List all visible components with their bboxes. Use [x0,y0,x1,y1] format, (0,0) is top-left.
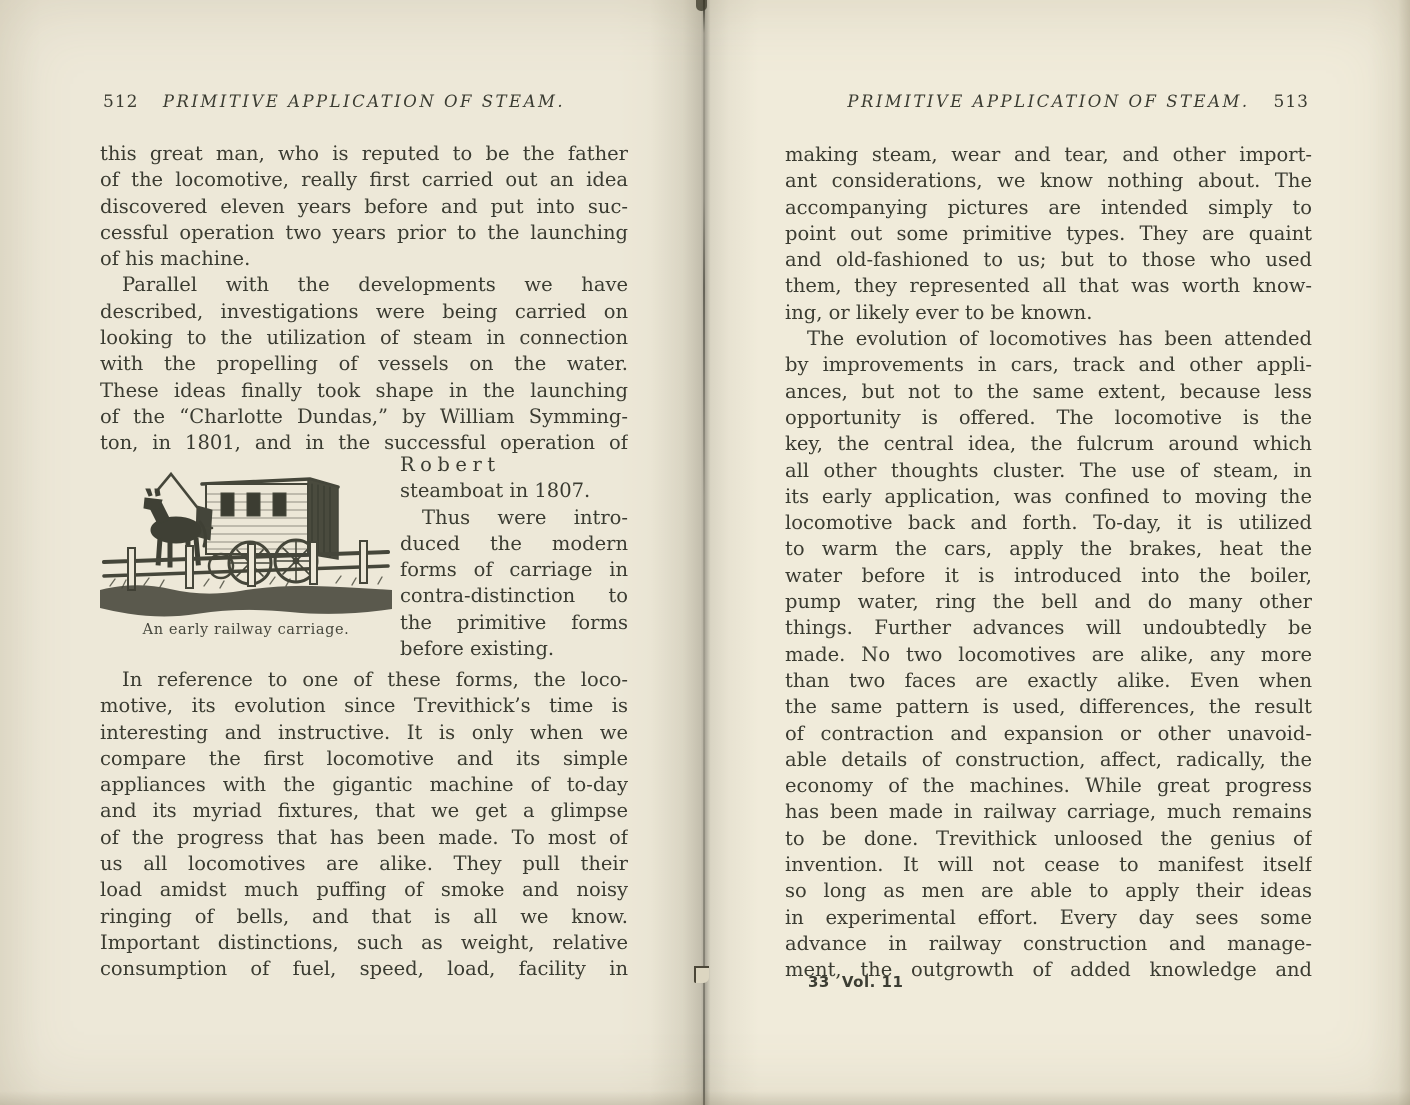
right-paragraph-main: The evolution of locomotives has been at… [785,326,1312,983]
running-head-right: PRIMITIVE APPLICATION OF STEAM. 513 [785,92,1312,116]
text-line: discovered eleven years before and put i… [100,194,628,220]
text-line: things. Further advances will undoubtedl… [785,615,1312,641]
running-head-left: 512 PRIMITIVE APPLICATION OF STEAM. [100,92,628,116]
text-line: cessful operation two years prior to the… [100,220,628,246]
text-line: motive, its evolution since Trevithick’s… [100,693,628,719]
right-paragraph-continuation: making steam, wear and tear, and other i… [785,142,1312,326]
text-line: so long as men are able to apply their i… [785,878,1312,904]
text-line: opportunity is offered. The locomotive i… [785,405,1312,431]
text-line: its early application, was confined to m… [785,484,1312,510]
text-line: These ideas finally took shape in the la… [100,378,628,404]
right-column: making steam, wear and tear, and other i… [785,142,1312,984]
text-line: has been made in railway carriage, much … [785,799,1312,825]
text-line: of contraction and expansion or other un… [785,721,1312,747]
text-line: of his machine. [100,246,628,272]
text-line: with the propelling of vessels on the wa… [100,351,628,377]
volume-label: Vol. 11 [842,973,904,991]
text-line: and its myriad fixtures, that we get a g… [100,798,628,824]
text-line: them, they represented all that was wort… [785,273,1312,299]
page-number-right: 513 [1274,92,1309,112]
text-line: appliances with the gigantic machine of … [100,772,628,798]
text-line: point out some primitive types. They are… [785,221,1312,247]
running-title-left: PRIMITIVE APPLICATION OF STEAM. [100,92,628,111]
signature-number: 33 [808,973,830,991]
text-line: economy of the machines. While great pro… [785,773,1312,799]
figure-caption: An early railway carriage. [100,622,392,638]
text-line: steamboat in 1807. [400,478,628,504]
text-line: to be done. Trevithick unloosed the geni… [785,826,1312,852]
text-line: forms of carriage in [400,557,628,583]
signature-mark: 33Vol. 11 [808,973,915,991]
text-line: all other thoughts cluster. The use of s… [785,458,1312,484]
text-line: Important distinctions, such as weight, … [100,930,628,956]
text-line: pump water, ring the bell and do many ot… [785,589,1312,615]
text-line: and old-fashioned to us; but to those wh… [785,247,1312,273]
running-title-right: PRIMITIVE APPLICATION OF STEAM. [785,92,1312,111]
text-line: accompanying pictures are intended simpl… [785,195,1312,221]
text-line: to warm the cars, apply the brakes, heat… [785,536,1312,562]
text-line: made. No two locomotives are alike, any … [785,642,1312,668]
text-line: of the locomotive, really first carried … [100,167,628,193]
text-line: water before it is introduced into the b… [785,563,1312,589]
text-line: The evolution of locomotives has been at… [785,326,1312,352]
text-line: the primitive forms [400,610,628,636]
text-line: able details of construction, affect, ra… [785,747,1312,773]
text-line: load amidst much puffing of smoke and no… [100,877,628,903]
left-column-wrap: Robert Fulton’ssteamboat in 1807.Thus we… [400,452,628,662]
text-line: of the progress that has been made. To m… [100,825,628,851]
text-line: compare the first locomotive and its sim… [100,746,628,772]
gutter-paper-notch [694,966,709,983]
text-line: invention. It will not cease to manifest… [785,852,1312,878]
text-line: advance in railway construction and mana… [785,931,1312,957]
text-line: interesting and instructive. It is only … [100,720,628,746]
text-line: Thus were intro- [400,505,628,531]
text-line: ing, or likely ever to be known. [785,300,1312,326]
page-number-left: 512 [103,92,138,112]
text-line: ant considerations, we know nothing abou… [785,168,1312,194]
text-line: described, investigations were being car… [100,299,628,325]
text-line: in experimental effort. Every day sees s… [785,905,1312,931]
early-railway-carriage-engraving [100,462,392,617]
text-line: ances, but not to the same extent, becau… [785,379,1312,405]
text-line: Parallel with the developments we have [100,272,628,298]
text-line: this great man, who is reputed to be the… [100,141,628,167]
left-column-upper: this great man, who is reputed to be the… [100,141,628,457]
gutter-top-dark-sliver [696,0,707,11]
text-line: than two faces are exactly alike. Even w… [785,668,1312,694]
text-line: of the “Charlotte Dundas,” by William Sy… [100,404,628,430]
text-line: key, the central idea, the fulcrum aroun… [785,431,1312,457]
text-line: duced the modern [400,531,628,557]
text-line: us all locomotives are alike. They pull … [100,851,628,877]
left-column-lower: In reference to one of these forms, the … [100,667,628,983]
text-line: before existing. [400,636,628,662]
text-line: consumption of fuel, speed, load, facili… [100,956,628,982]
text-line: by improvements in cars, track and other… [785,352,1312,378]
text-line: In reference to one of these forms, the … [100,667,628,693]
text-line: contra-distinction to [400,583,628,609]
text-line: ringing of bells, and that is all we kno… [100,904,628,930]
text-line: locomotive back and forth. To-day, it is… [785,510,1312,536]
text-line: the same pattern is used, differences, t… [785,694,1312,720]
text-line: making steam, wear and tear, and other i… [785,142,1312,168]
text-line: Robert Fulton’s [400,452,628,478]
text-line: looking to the utilization of steam in c… [100,325,628,351]
